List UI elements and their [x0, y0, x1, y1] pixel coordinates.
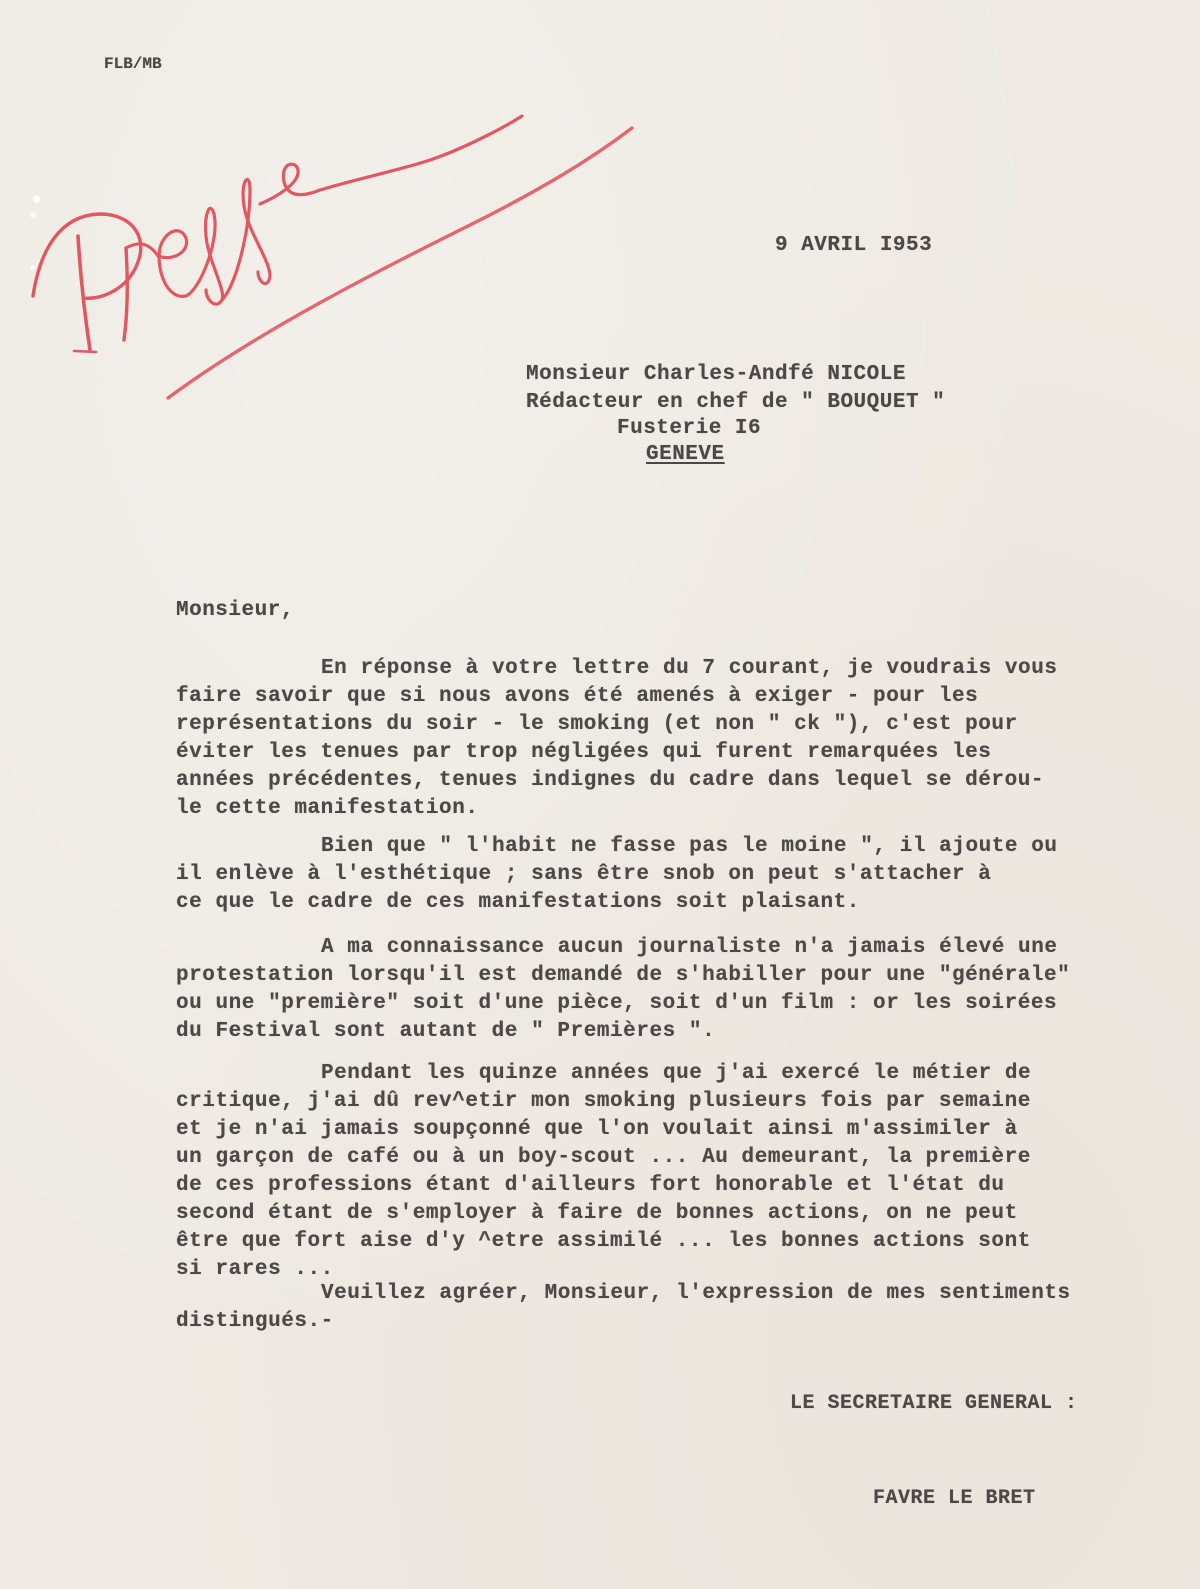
paragraph-line: ce que le cadre de ces manifestations so…	[176, 889, 1176, 917]
paragraph-line: éviter les tenues par trop négligées qui…	[176, 739, 1176, 767]
body-paragraph-1: En réponse à votre lettre du 7 courant, …	[176, 655, 1176, 823]
paragraph-line: être que fort aise d'y ^etre assimilé ..…	[176, 1228, 1176, 1256]
recipient-city: GENEVE	[646, 441, 725, 469]
paragraph-line: représentations du soir - le smoking (et…	[176, 711, 1176, 739]
paragraph-line: critique, j'ai dû rev^etir mon smoking p…	[176, 1088, 1176, 1116]
closing-paragraph: Veuillez agréer, Monsieur, l'expression …	[176, 1280, 1176, 1336]
paragraph-line: et je n'ai jamais soupçonné que l'on vou…	[176, 1116, 1176, 1144]
signatory-title: LE SECRETAIRE GENERAL :	[790, 1390, 1078, 1418]
paragraph-line: Pendant les quinze années que j'ai exerc…	[176, 1060, 1176, 1088]
letter-date: 9 AVRIL I953	[775, 232, 932, 260]
signatory-name: FAVRE LE BRET	[873, 1485, 1036, 1513]
paper-blemish	[30, 265, 35, 270]
paragraph-line: A ma connaissance aucun journaliste n'a …	[176, 934, 1176, 962]
paragraph-line: protestation lorsqu'il est demandé de s'…	[176, 962, 1176, 990]
paragraph-line: second étant de s'employer à faire de bo…	[176, 1200, 1176, 1228]
paragraph-line: il enlève à l'esthétique ; sans être sno…	[176, 861, 1176, 889]
paragraph-line: Veuillez agréer, Monsieur, l'expression …	[176, 1280, 1176, 1308]
paragraph-line: le cette manifestation.	[176, 795, 1176, 823]
paragraph-line: Bien que " l'habit ne fasse pas le moine…	[176, 833, 1176, 861]
paragraph-line: distingués.-	[176, 1308, 1176, 1336]
letter-page: FLB/MB Presse 9 AVRIL I953 Monsieur Char…	[0, 0, 1200, 1589]
salutation: Monsieur,	[176, 597, 294, 625]
paragraph-line: un garçon de café ou à un boy-scout ... …	[176, 1144, 1176, 1172]
paper-blemish	[30, 212, 36, 218]
body-paragraph-3: A ma connaissance aucun journaliste n'a …	[176, 934, 1176, 1046]
paragraph-line: de ces professions étant d'ailleurs fort…	[176, 1172, 1176, 1200]
reference-initials: FLB/MB	[104, 50, 162, 78]
paragraph-line: années précédentes, tenues indignes du c…	[176, 767, 1176, 795]
paragraph-line: ou une "première" soit d'une pièce, soit…	[176, 990, 1176, 1018]
paragraph-line: faire savoir que si nous avons été amené…	[176, 683, 1176, 711]
recipient-name: Monsieur Charles-Andfé NICOLE	[526, 361, 906, 389]
presse-handwritten-annotation	[0, 0, 1200, 400]
recipient-title: Rédacteur en chef de " BOUQUET "	[526, 389, 945, 417]
body-paragraph-2: Bien que " l'habit ne fasse pas le moine…	[176, 833, 1176, 917]
body-paragraph-4: Pendant les quinze années que j'ai exerc…	[176, 1060, 1176, 1284]
paragraph-line: En réponse à votre lettre du 7 courant, …	[176, 655, 1176, 683]
presse-annotation-text: Presse	[40, 170, 41, 171]
paragraph-line: du Festival sont autant de " Premières "…	[176, 1018, 1176, 1046]
paper-blemish	[33, 195, 40, 203]
recipient-street: Fusterie I6	[617, 415, 761, 443]
